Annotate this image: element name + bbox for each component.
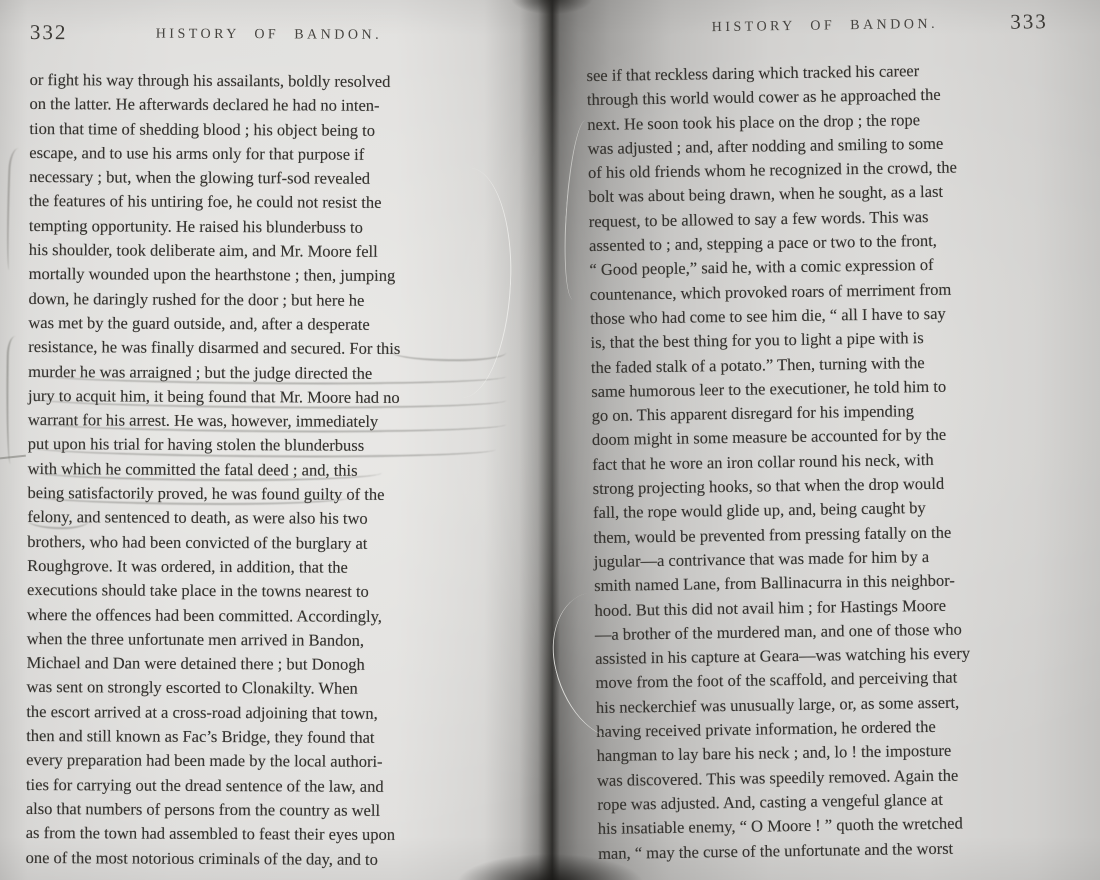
book-scan: 332 HISTORY OF BANDON. or fight his way … [0,0,1100,880]
text-line: executions should take place in the town… [27,578,505,605]
page-number-left: 332 [30,20,68,45]
text-line: or fight his way through his assailants,… [30,68,508,95]
text-line: brothers, who had been convicted of the … [27,530,505,557]
text-line: as from the town had assembled to feast … [26,821,504,848]
pencil-margin-mark [5,336,21,464]
right-page-lines: see if that reckless daring which tracke… [586,57,1076,866]
text-line: put upon his trial for having stolen the… [28,432,506,459]
text-line: being satisfactorily proved, he was foun… [27,481,505,508]
text-line: was met by the guard outside, and, after… [28,311,506,338]
text-line: one of the most notorious criminals of t… [26,845,504,872]
pencil-margin-mark [5,148,23,270]
text-line: tempting opportunity. He raised his blun… [29,214,507,241]
text-line: then and still known as Fac’s Bridge, th… [26,724,504,751]
text-line: felony, and sentenced to death, as were … [27,505,505,532]
text-line: when the three unfortunate men arrived i… [27,627,505,654]
pencil-underline-mark [27,520,89,529]
text-line: jury to acquit him, it being found that … [28,384,506,411]
left-page: 332 HISTORY OF BANDON. or fight his way … [26,20,508,872]
pencil-underline-mark [27,495,352,506]
text-line: down, he daringly rushed for the door ; … [28,287,506,314]
text-line: was sent on strongly escorted to Clonaki… [26,675,504,702]
text-line: the features of his untiring foe, he cou… [29,189,507,216]
text-line: mortally wounded upon the hearthstone ; … [29,262,507,289]
text-line: resistance, he was finally disarmed and … [28,335,506,362]
page-number-right: 333 [1010,9,1048,35]
text-line: where the offences had been committed. A… [27,603,505,630]
pencil-margin-mark [0,455,26,462]
running-header-right: HISTORY OF BANDON. [712,17,939,36]
text-line: ties for carrying out the dread sentence… [26,773,504,800]
left-page-header: 332 HISTORY OF BANDON. [30,20,508,53]
text-line: escape, and to use his arms only for tha… [29,141,507,168]
text-line: tion that time of shedding blood ; his o… [29,117,507,144]
text-line: Roughgrove. It was ordered, in addition,… [27,554,505,581]
text-line: his shoulder, took deliberate aim, and M… [29,238,507,265]
text-line: necessary ; but, when the glowing turf-s… [29,165,507,192]
right-page: HISTORY OF BANDON. 333 see if that reckl… [586,9,1077,866]
text-line: Michael and Dan were detained there ; bu… [27,651,505,678]
text-line: with which he committed the fatal deed ;… [28,457,506,484]
right-page-header: HISTORY OF BANDON. 333 [586,9,1064,46]
text-line: the escort arrived at a cross-road adjoi… [26,700,504,727]
text-line: murder he was arraigned ; but the judge … [28,360,506,387]
text-line: on the latter. He afterwards declared he… [29,92,507,119]
running-header-left: HISTORY OF BANDON. [156,27,383,44]
book-gutter [540,0,562,880]
pencil-underline-mark [28,471,382,482]
text-line: warrant for his arrest. He was, however,… [28,408,506,435]
left-page-lines: or fight his way through his assailants,… [26,68,508,872]
text-line: every preparation had been made by the l… [26,748,504,775]
pencil-underline-mark [391,351,506,361]
text-line: also that numbers of persons from the co… [26,797,504,824]
